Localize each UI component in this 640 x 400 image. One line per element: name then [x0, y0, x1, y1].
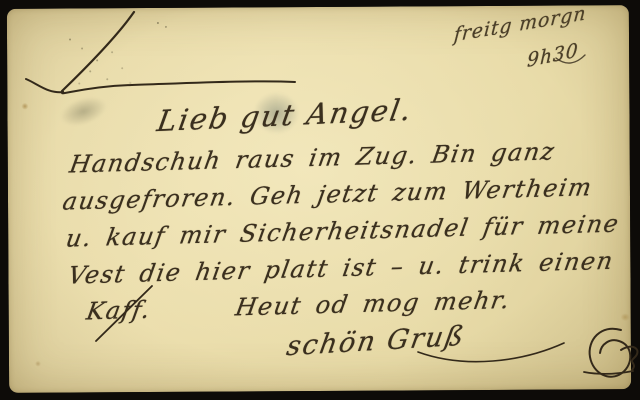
closing-line: schön Gruß — [284, 321, 468, 363]
dateline-time: 9h30 — [527, 39, 580, 72]
foxing-spot — [35, 361, 41, 367]
scanner-background: freitg morgn 9h30 Lieb gut Angel. Handsc… — [0, 0, 640, 400]
body-line-5: Kaff. Heut od mog mehr. — [84, 286, 512, 326]
greeting-line: Lieb gut Angel. — [155, 92, 416, 138]
foxing-spot — [21, 103, 28, 110]
body-line-4: Vest die hier platt ist – u. trink einen — [66, 247, 616, 290]
postcard: freitg morgn 9h30 Lieb gut Angel. Handsc… — [7, 5, 631, 393]
body-line-2: ausgefroren. Geh jetzt zum Wertheim — [61, 173, 595, 215]
body-line-3: u. kauf mir Sicherheitsnadel für meine — [64, 210, 622, 253]
foxing-spot — [621, 313, 630, 321]
dateline-text: freitg morgn — [453, 2, 587, 46]
smudge-stain — [57, 92, 111, 132]
speckle-cluster — [69, 39, 71, 41]
body-line-1: Handschuh raus im Zug. Bin ganz — [67, 137, 557, 178]
